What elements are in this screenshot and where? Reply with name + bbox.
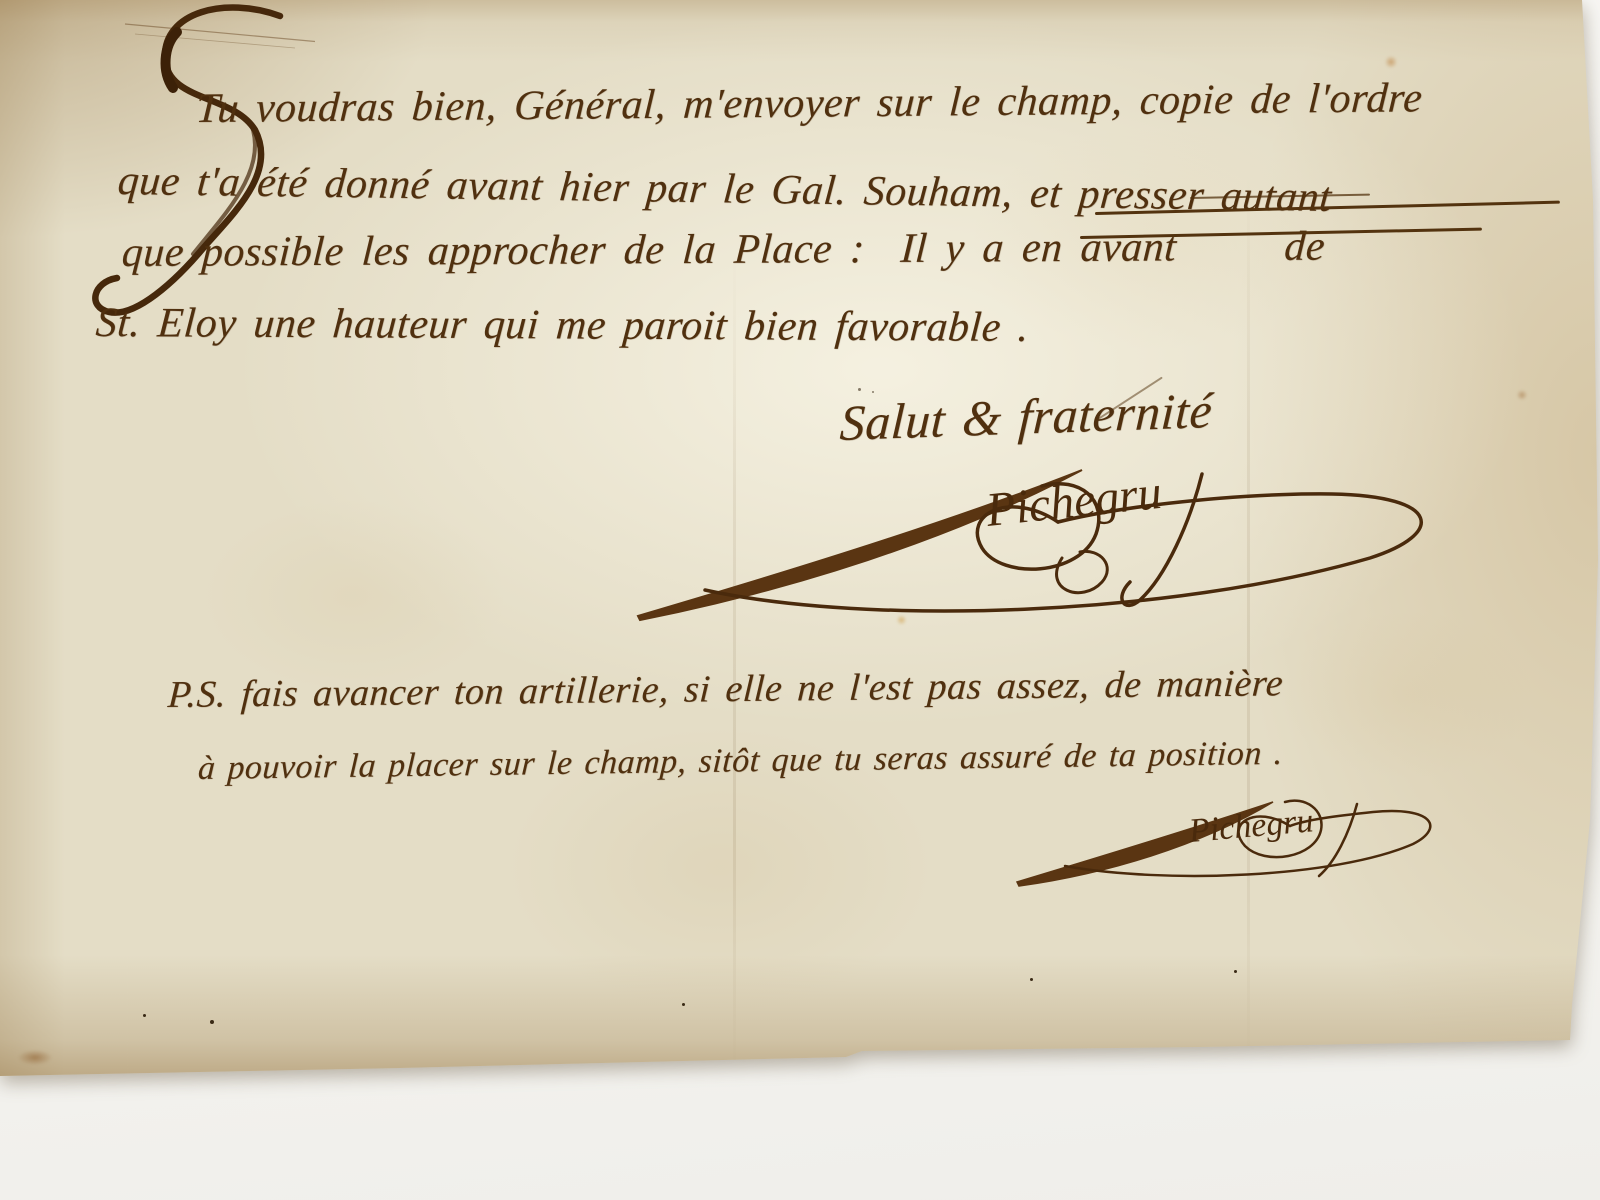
letter-line-4: St. Eloy une hauteur qui me paroit bien … — [94, 302, 1030, 349]
closing-salutation: Salut & fraternité — [839, 385, 1214, 448]
postscript-line-2: à pouvoir la placer sur le champ, sitôt … — [197, 737, 1284, 786]
signature-name: Pichegru — [983, 466, 1165, 537]
ink-speck — [210, 1020, 214, 1024]
ink-speck — [1234, 970, 1237, 973]
postscript-line-1: P.S. fais avancer ton artillerie, si ell… — [167, 664, 1284, 714]
letter-line-1: Tu voudras bien, Général, m'envoyer sur … — [195, 77, 1424, 130]
ink-speck — [682, 1003, 685, 1006]
signature-flourish-postscript: Pichegru — [1005, 782, 1455, 894]
stain-spot — [1516, 390, 1528, 400]
letter-line-3: que possible les approcher de la Place :… — [121, 226, 1327, 274]
ink-speck — [143, 1014, 146, 1017]
paper-shadow-wrapper: Tu voudras bien, Général, m'envoyer sur … — [0, 0, 1600, 1200]
stain-spot — [1384, 56, 1398, 68]
ink-speck — [872, 391, 874, 393]
signature-name-postscript: Pichegru — [1186, 802, 1314, 850]
manuscript-paper: Tu voudras bien, Général, m'envoyer sur … — [0, 0, 1600, 1085]
ink-speck — [858, 388, 861, 391]
signature-flourish-main: Pichegru — [610, 430, 1470, 640]
stain-spot — [896, 615, 907, 625]
ink-speck — [1030, 978, 1033, 981]
fold-crease-left — [733, 250, 736, 1080]
stain-smudge — [18, 1050, 52, 1065]
photo-backdrop: Tu voudras bien, Général, m'envoyer sur … — [0, 0, 1600, 1200]
fold-crease-right — [1247, 170, 1250, 1070]
letter-line-2: que t'a été donné avant hier par le Gal.… — [116, 160, 1333, 219]
